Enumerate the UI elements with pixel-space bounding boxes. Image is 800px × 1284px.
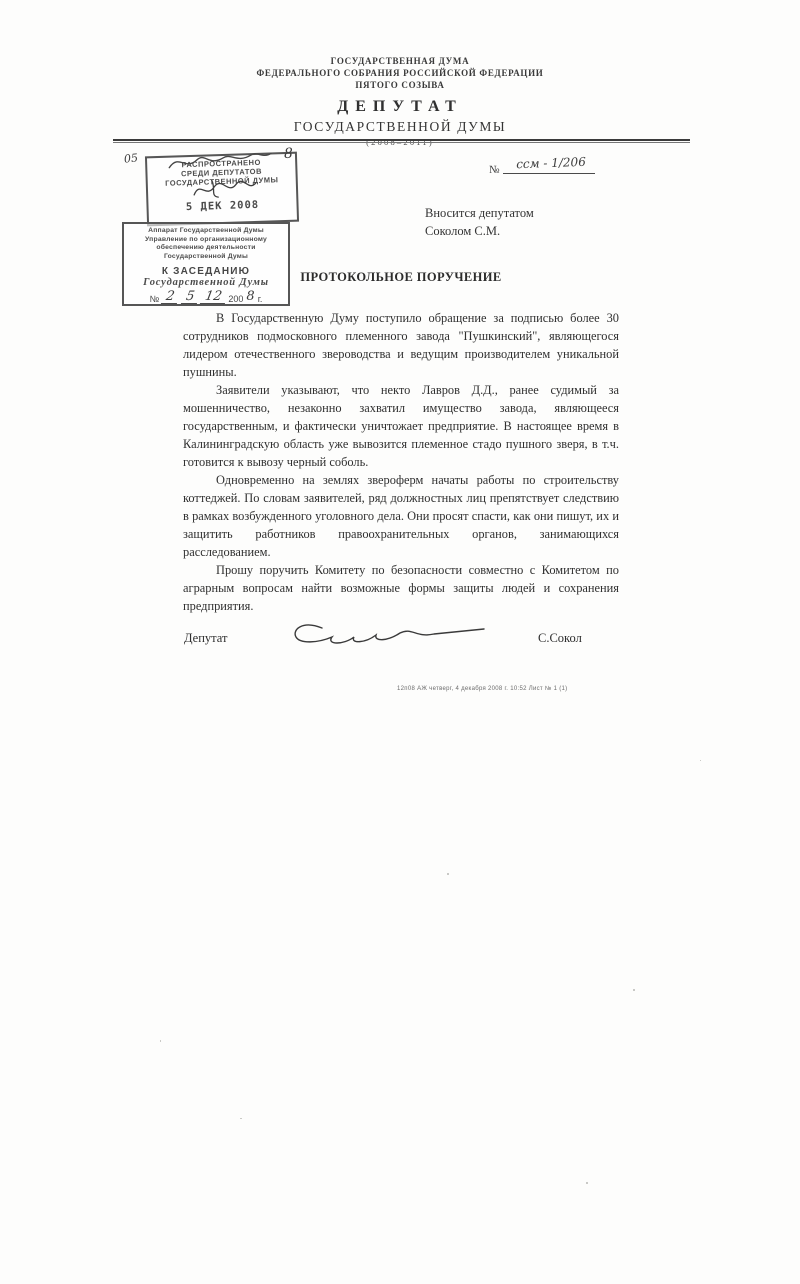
letterhead: ГОСУДАРСТВЕННАЯ ДУМА ФЕДЕРАЛЬНОГО СОБРАН… [110, 55, 690, 147]
submitted-by: Вносится депутатом Соколом С.М. [425, 204, 534, 240]
ref-number-value: ссм - 1/206 [505, 154, 597, 171]
session-stamp: Аппарат Государственной Думы Управление … [122, 222, 290, 306]
body-paragraph: В Государственную Думу поступило обращен… [183, 309, 619, 381]
scanned-document-page: ГОСУДАРСТВЕННАЯ ДУМА ФЕДЕРАЛЬНОГО СОБРАН… [0, 0, 800, 1284]
body-paragraph: Прошу поручить Комитету по безопасности … [183, 561, 619, 615]
year-prefix: 200 [228, 294, 243, 304]
scan-speck [700, 760, 701, 761]
handwritten-number: 8 [284, 146, 293, 162]
year-suffix: г. [258, 294, 263, 304]
handwriting-signature-icon [186, 177, 261, 206]
margin-note: 05 [123, 151, 138, 165]
handwritten-year-digit: 8 [246, 289, 254, 304]
submitted-by-line1: Вносится депутатом [425, 204, 534, 222]
distribution-stamp: РАСПРОСТРАНЕНО СРЕДИ ДЕПУТАТОВ ГОСУДАРСТ… [145, 152, 299, 227]
deputy-subtitle: ГОСУДАРСТВЕННОЙ ДУМЫ [110, 119, 690, 135]
submitted-by-line2: Соколом С.М. [425, 222, 534, 240]
scan-speck [447, 873, 449, 875]
signature-name: С.Сокол [538, 631, 582, 646]
handwritten-day: 5 [180, 291, 199, 304]
divider-rule [113, 139, 690, 143]
deputy-title: ДЕПУТАТ [110, 98, 690, 116]
body-paragraph: Одновременно на землях звероферм начаты … [183, 471, 619, 561]
signature-label: Депутат [184, 631, 227, 646]
signature-scribble-icon [288, 618, 488, 655]
handwritten-month: 12 [200, 291, 227, 304]
stamp-line: Аппарат Государственной Думы [124, 227, 288, 236]
body-paragraph: Заявители указывают, что некто Лавров Д.… [183, 381, 619, 471]
stamp-line: Управление по организационному [124, 236, 288, 245]
document-body: В Государственную Думу поступило обращен… [183, 309, 619, 615]
number-label: № [150, 294, 160, 304]
org-line-3: ПЯТОГО СОЗЫВА [110, 79, 690, 91]
stamp-number-line: № 2 5 12 2008 г. [124, 289, 288, 304]
scan-speck [633, 989, 635, 991]
doc-title: ПРОТОКОЛЬНОЕ ПОРУЧЕНИЕ [183, 270, 619, 285]
org-line-1: ГОСУДАРСТВЕННАЯ ДУМА [110, 55, 690, 67]
scan-speck [160, 1040, 161, 1042]
ref-number-line [503, 173, 595, 174]
ref-number-label: № [489, 164, 500, 176]
scan-speck [586, 1182, 588, 1184]
stamp-line: обеспечению деятельности [124, 244, 288, 253]
org-line-2: ФЕДЕРАЛЬНОГО СОБРАНИЯ РОССИЙСКОЙ ФЕДЕРАЦ… [110, 67, 690, 79]
scan-speck [240, 1118, 242, 1119]
handwriting-scrawl-icon [165, 148, 276, 178]
stamp-line: Государственной Думы [124, 253, 288, 262]
print-footer: 12п08 АЖ четверг, 4 декабря 2008 г. 10:5… [397, 686, 567, 692]
handwritten-item-number: 2 [161, 291, 180, 304]
